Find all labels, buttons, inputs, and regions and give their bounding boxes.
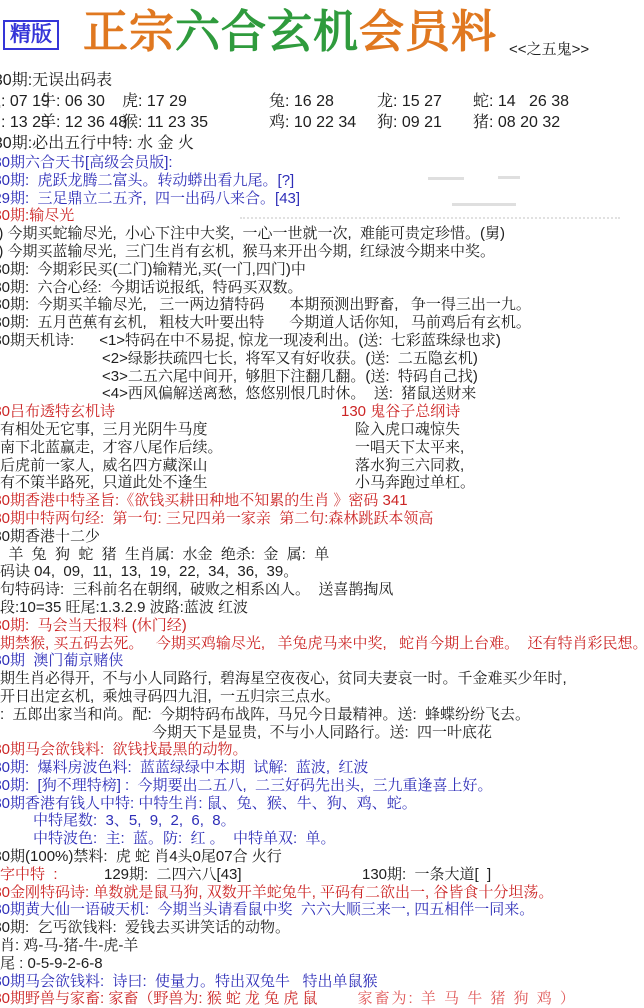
scan-smudge — [240, 217, 620, 219]
poem-left: 走南下北蓝赢走, 才容八尾作后续。 — [0, 439, 223, 456]
poem-line: 猪后虎前一家人, 威名四方藏深山落水狗三六同救, — [0, 457, 644, 475]
zodiac-cell: 马: 13 25 — [0, 112, 40, 133]
zodiac-row-1: 鼠: 07 19牛: 06 30虎: 17 29兔: 16 28龙: 15 27… — [0, 91, 644, 112]
zodiac-cell: 猴: 11 23 35 — [122, 112, 269, 133]
zodiac-cell: 狗: 09 21 — [377, 112, 473, 133]
poem-right: 险入虎口魂惊失 — [355, 421, 460, 439]
text-line: 巳开日出定玄机, 乘烛寻码四九泪, 一五归宗三点水。 — [0, 688, 644, 706]
scan-smudge — [428, 177, 464, 180]
line-tianji-poem-2: <2>绿影扶疏四七长, 将军又有好收获。(送: 二五隐玄机) — [0, 350, 644, 368]
line-aomen-header: 130期 澳门葡京赌侠 — [0, 652, 644, 670]
line-special-zodiac: 特肖: 鸡-马-猪-牛-虎-羊 — [0, 937, 644, 955]
zodiac-cell: 虎: 17 29 — [122, 91, 269, 112]
tip-sheet: 精版 正宗六合玄机会员料 <<之五鬼>> 130期:无误出码表 鼠: 07 19… — [0, 0, 644, 1008]
text-line: 中特尾数: 3、5, 9, 2, 6, 8。 — [0, 812, 644, 830]
line-rich-man-special: 130期香港有钱人中特: 中特生肖: 鼠、兔、猴、牛、狗、鸡、蛇。 — [0, 795, 644, 813]
poem-line: 若有不策半路死, 只道此处不逢生小马奔跑过单杠。 — [0, 474, 644, 492]
line-liangjujing: 130期中特两句经: 第一句: 三兄四弟一家亲 第二句:森林跳跃本领高 — [0, 510, 644, 528]
zodiac-cell: 兔: 16 28 — [269, 91, 377, 112]
text-line: 三段:10=35 旺尾:1.3.2.9 波路:蓝波 红波 — [0, 599, 644, 617]
guiguzi-poem-header: 130 鬼谷子总纲诗 — [341, 403, 460, 421]
one-word-special-row: 一字中特 :129期: 二四六八[43]130期: 一条大道[ ] — [0, 866, 644, 884]
text-line: 130期: 乞丐欲钱料: 爱钱去买讲笑话的动物。 — [0, 919, 644, 937]
line-daily-report-header: 130期: 马会当天报料 (休门经) — [0, 617, 644, 635]
line-five-elements: 130期:必出五行中特: 水 金 火 — [0, 133, 644, 154]
poem-right: 落水狗三六同救, — [355, 457, 464, 475]
text-line: 130期马会欲钱料: 诗曰: 使量力。特出双兔牛 特出单鼠猴 — [0, 973, 644, 991]
zodiac-row-2: 马: 13 25羊: 12 36 48猴: 11 23 35鸡: 10 22 3… — [0, 112, 644, 133]
line-tianshu-header: 130期六合天书[高级会员版]: — [0, 154, 644, 172]
poem-left: 若有相处无它事, 三月光阴牛马度 — [0, 421, 208, 438]
title-segment-3: 会员料 — [359, 7, 497, 57]
poem-right: 小马奔跑过单杠。 — [355, 474, 475, 492]
beast-lead: 130期野兽与家畜: 家畜（野兽为: 猴 蛇 龙 兔 虎 鼠 — [0, 990, 318, 1007]
zodiac-cell: 蛇: 14 26 38 — [473, 91, 569, 112]
one-word-label: 一字中特 : — [0, 866, 104, 884]
text-line: 130期: 爆料房波色料: 蓝蓝绿绿中本期 试解: 蓝波, 红波 — [0, 759, 644, 777]
poem-line: 若有相处无它事, 三月光阴牛马度险入虎口魂惊失 — [0, 421, 644, 439]
title-segment-2: 六合玄机 — [175, 7, 359, 57]
line-tianshu-130: 130期: 虎跃龙腾二富头。转动蟒出看九尾。[?] — [0, 172, 644, 190]
poem-right: 一唱天下太平来, — [355, 439, 464, 457]
poem-left: 若有不策半路死, 只道此处不逢生 — [0, 474, 208, 491]
beast-domestic-row: 130期野兽与家畜: 家畜（野兽为: 猴 蛇 龙 兔 虎 鼠家畜为: 羊 马 牛… — [0, 990, 644, 1008]
title-segment-1: 正宗 — [83, 7, 175, 57]
text-line: 今期生肖必得开, 不与小人同路行, 碧海星空夜夜心, 贫同夫妻哀一时。千金难买少… — [0, 670, 644, 688]
line-shujinguang-1: (1) 今期买蛇输尽光, 小心下注中大奖, 一心一世就一次, 难能可贵定珍惜。(… — [0, 225, 644, 243]
line-tianji-poem-4: <4>西风偏解送离愁, 悠悠别恨几时休。 送: 猪鼠送财来 — [0, 385, 644, 403]
one-word-prev: 129期: 二四六八[43] — [104, 866, 362, 884]
line-shengzhi: 130期香港中特圣旨:《欲钱买耕田种地不知累的生肖 》密码 341 — [0, 492, 644, 510]
line-code-table-title: 130期:无误出码表 — [0, 70, 644, 91]
scan-smudge — [498, 176, 520, 179]
line-twelve-young-header: 130期香港十二少 — [0, 528, 644, 546]
text-line: 中特波色: 主: 蓝。防: 红 。 中特单双: 单。 — [0, 830, 644, 848]
text-line: 一句特码诗: 三科前名在朝纲, 破败之相系凶人。 送喜鹊掏凤 — [0, 581, 644, 599]
text-line: 130期: 五月芭蕉有玄机, 粗枝大叶要出特 今期道人话你知, 马前鸡后有玄机。 — [0, 314, 644, 332]
edition-badge: 精版 — [3, 20, 59, 50]
domestic-tail: 家畜为: 羊 马 牛 猪 狗 鸡 ） — [358, 990, 577, 1007]
line-forbidden: 130期(100%)禁料: 虎 蛇 肖4头0尾07合 火行 — [0, 848, 644, 866]
text-line: 诗: 五郎出家当和尚。配: 今期特码布战阵, 马兄今日最精神。送: 蜂蝶纷纷飞去… — [0, 706, 644, 724]
line-huangdaxian: 130期黄大仙一语破天机: 今期当头请看鼠中奖 六六大顺三来一, 四五相伴一同来… — [0, 901, 644, 919]
title-suffix: <<之五鬼>> — [509, 38, 589, 59]
text-line: 今期禁猴, 买五码去死。 今期买鸡输尽光, 羊兔虎马来中奖, 蛇肖今期上台难。 … — [0, 635, 644, 653]
zodiac-cell: 猪: 08 20 32 — [473, 112, 560, 133]
text-line: 130期: 六合心经: 今期话说报纸, 特码买双数。 — [0, 279, 644, 297]
page-title: 正宗六合玄机会员料 — [83, 6, 497, 58]
line-shujinguang-2: (2) 今期买蓝输尽光, 三门生肖有玄机, 猴马来开出今期, 红绿波今期来中奖。 — [0, 243, 644, 261]
line-yuqian: 130期马会欲钱料: 欲钱找最黑的动物。 — [0, 741, 644, 759]
text-line: 马 羊 兔 狗 蛇 猪 生肖属: 水金 绝杀: 金 属: 单 — [0, 546, 644, 564]
scan-smudge — [452, 203, 516, 206]
zodiac-cell: 羊: 12 36 48 — [40, 112, 122, 133]
lvbu-poem-header: 130吕布透特玄机诗 — [0, 403, 115, 420]
text-line: 130期: [狗不理特榜] : 今期要出二五八, 二三好码先出头, 三九重逢喜上… — [0, 777, 644, 795]
poem-line: 走南下北蓝赢走, 才容八尾作后续。一唱天下太平来, — [0, 439, 644, 457]
line-nine-codes: 九码诀 04, 09, 11, 13, 19, 22, 34, 36, 39。 — [0, 563, 644, 581]
one-word-curr: 130期: 一条大道[ ] — [362, 866, 491, 883]
line-jingang-poem: 130金刚特码诗: 单数就是鼠马狗, 双数开羊蛇兔牛, 平码有二欲出一, 谷皆食… — [0, 884, 644, 902]
line-tianshu-129: 129期: 三足鼎立二五齐, 四一出码八来合。[43] — [0, 190, 644, 208]
line-tianji-poem-1: 130期天机诗: <1>特码在中不易捉, 惊龙一现凌利出。(送: 七彩蓝珠绿也求… — [0, 332, 644, 350]
text-line: 今期天下是显贵, 不与小人同路行。送: 四一叶底花 — [0, 724, 644, 742]
text-line: 130期: 今期买羊输尽光, 三一两边猜特码 本期预测出野畜, 争一得三出一九。 — [0, 296, 644, 314]
line-special-tail: 特尾 : 0-5-9-2-6-8 — [0, 955, 644, 973]
text-line: 130期: 今期彩民买(二门)输精光,买(一门,四门)中 — [0, 261, 644, 279]
line-tianji-poem-3: <3>二五六尾中间开, 够胆下注翻几翻。(送: 特码自己找) — [0, 368, 644, 386]
poem-section-headers: 130吕布透特玄机诗130 鬼谷子总纲诗 — [0, 403, 644, 421]
header: 精版 正宗六合玄机会员料 <<之五鬼>> — [0, 0, 644, 70]
zodiac-cell: 龙: 15 27 — [377, 91, 473, 112]
zodiac-cell: 鸡: 10 22 34 — [269, 112, 377, 133]
zodiac-cell: 鼠: 07 19 — [0, 91, 40, 112]
poem-left: 猪后虎前一家人, 威名四方藏深山 — [0, 457, 208, 474]
zodiac-cell: 牛: 06 30 — [40, 91, 122, 112]
